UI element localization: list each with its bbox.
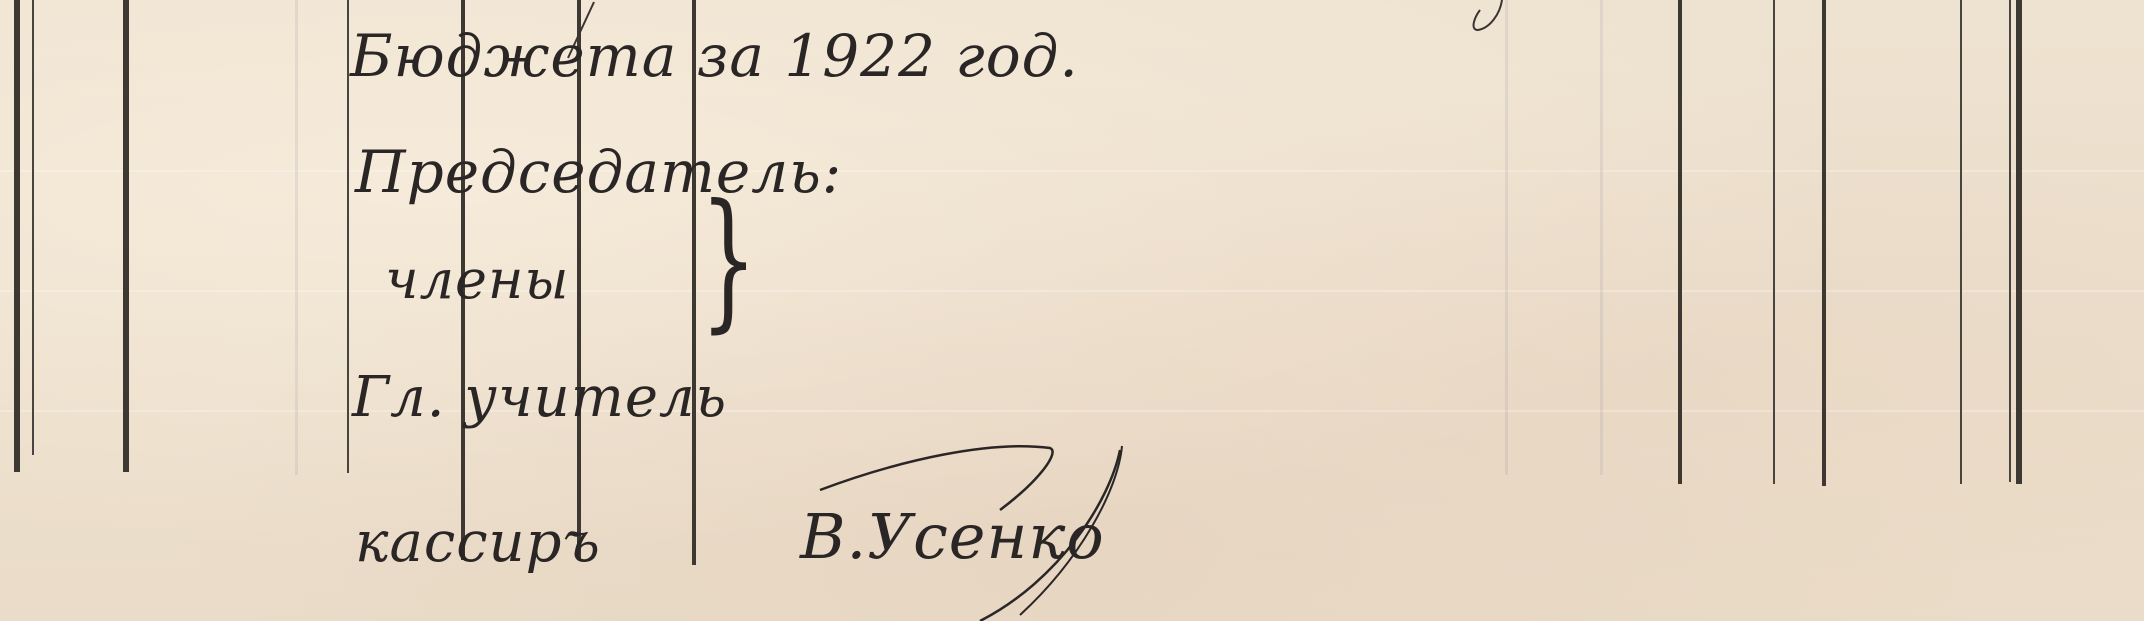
ink-stroke	[1460, 0, 1520, 40]
members-brace: }	[700, 185, 757, 335]
head-teacher-label: Гл. учитель	[352, 365, 727, 430]
column-rule	[1822, 0, 1826, 486]
column-rule	[347, 0, 349, 473]
column-rule	[1960, 0, 1962, 484]
column-rule	[2016, 0, 2022, 484]
budget-heading: Бюджета за 1922 год.	[350, 22, 1079, 90]
column-rule	[1678, 0, 1682, 484]
column-rule	[32, 0, 34, 455]
column-rule-faint	[1600, 0, 1603, 475]
ledger-page: Бюджета за 1922 год. Председатель: члены…	[0, 0, 2144, 621]
column-rule	[2009, 0, 2011, 482]
members-label: члены	[385, 248, 569, 311]
column-rule	[123, 0, 129, 472]
column-rule	[1773, 0, 1775, 484]
signature-flourish	[760, 440, 1140, 621]
column-rule-faint	[1505, 0, 1508, 475]
chairman-label: Председатель:	[355, 138, 842, 206]
column-rule-faint	[295, 0, 298, 475]
column-rule	[14, 0, 20, 472]
cashier-label: кассиръ	[355, 510, 601, 575]
